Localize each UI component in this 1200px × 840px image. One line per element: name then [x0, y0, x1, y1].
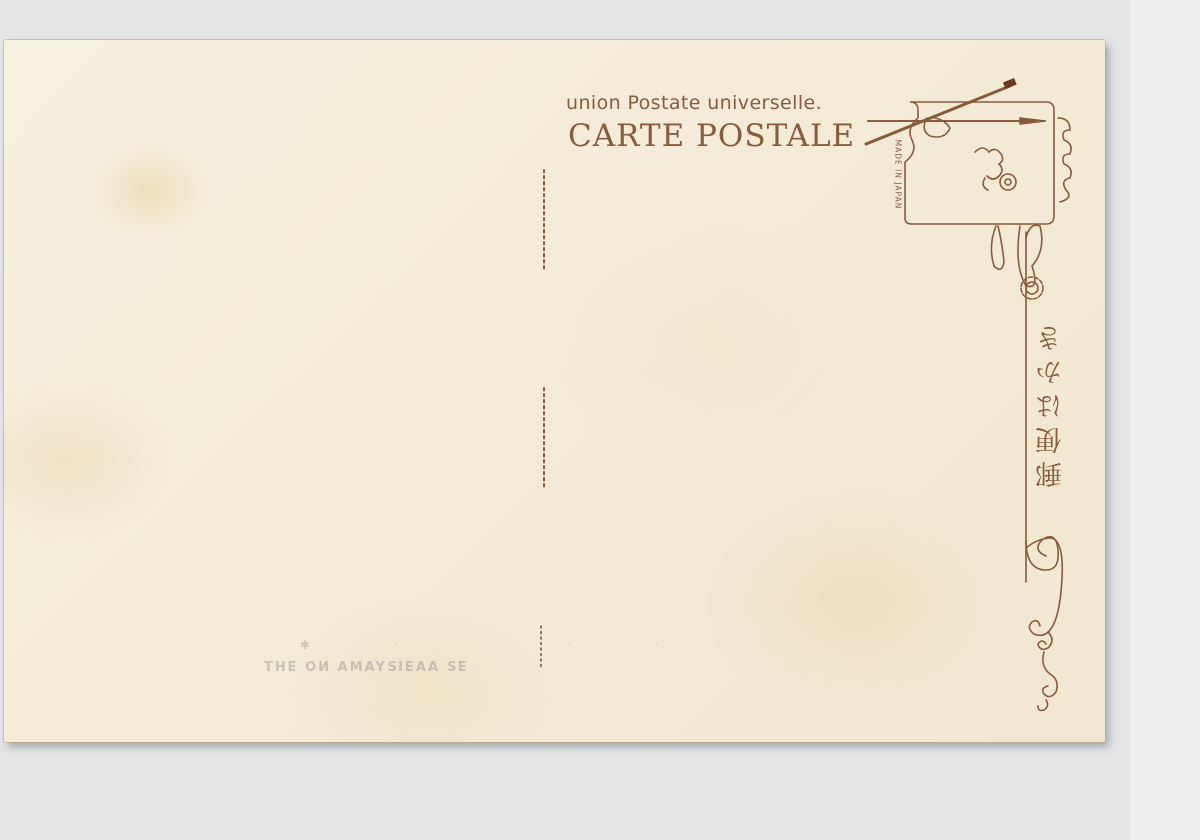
carte-postale-title: CARTE POSTALE [568, 118, 855, 154]
japanese-postcard-label: 郵便はかき [1032, 318, 1071, 488]
daisy-ornament [1026, 282, 1038, 294]
scroll-ornament [1026, 537, 1058, 570]
reverse-bleed-text: ƎƧ AAƎIƧYAMA NO ƎHT [262, 660, 467, 675]
made-in-japan-label: MADE IN JAPAN [894, 125, 903, 225]
brush-icon [866, 86, 1010, 144]
flower-ornament [975, 148, 1003, 179]
ribbon-ornament [991, 226, 1004, 269]
reverse-bleed-marks: ✱ ᐧ ᐧ ᐧ ᐧ [300, 638, 698, 652]
scroll-ornament [1058, 118, 1071, 202]
upu-header: union Postate universelle. [566, 92, 822, 114]
